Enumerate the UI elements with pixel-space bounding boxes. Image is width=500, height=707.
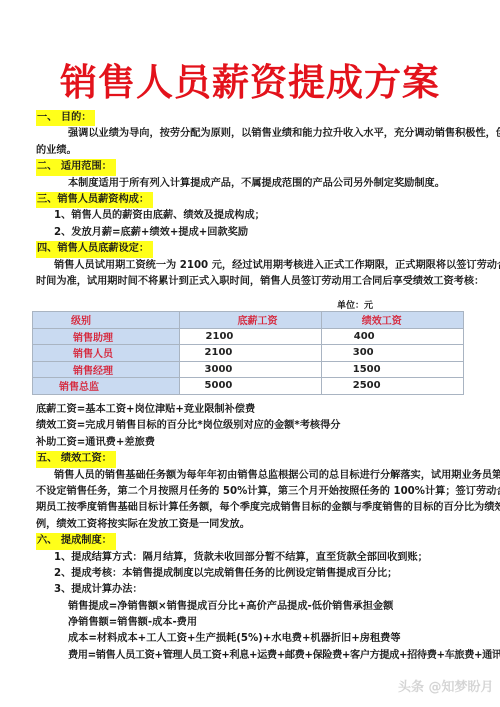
table-cell: 销售人员 (33, 345, 180, 362)
list-item: 3、提成计算办法： (36, 582, 476, 598)
section-heading: 五、 绩效工资： (36, 451, 116, 467)
paragraph: 强调以业绩为导向，按劳分配为原则，以销售业绩和能力拉升收入水平，充分调动销售积极… (36, 126, 476, 142)
paragraph: 销售人员的销售基础任务额为每年年初由销售总监根据公司的总目标进行分解落实，试用期… (36, 468, 476, 484)
column-header: 级别 (33, 312, 180, 329)
document-body-continued: 底薪工资=基本工资+岗位津贴+竞业限制补偿费 绩效工资=完成月销售目标的百分比*… (36, 402, 476, 664)
column-header: 绩效工资 (321, 312, 463, 329)
table-cell: 2100 (179, 328, 321, 345)
paragraph: 例，绩效工资将按实际在发放工资是一同发放。 (36, 517, 476, 533)
table-row: 销售助理 2100 400 (33, 328, 464, 345)
column-header: 底薪工资 (179, 312, 321, 329)
table-row: 销售人员 2100 300 (33, 345, 464, 362)
paragraph: 期员工按季度销售基础目标计算任务额，每个季度完成销售目标的金额与季度销售的目标的… (36, 500, 476, 516)
formula-line: 销售提成=净销售额×销售提成百分比+高价产品提成-低价销售承担金额 (36, 599, 476, 615)
watermark: 头条 @知梦盼月 (398, 676, 494, 695)
formula-line: 底薪工资=基本工资+岗位津贴+竞业限制补偿费 (36, 402, 476, 418)
paragraph: 时间为准，试用期时间不将累计到正式入职时间，销售人员签订劳动用工合同后享受绩效工… (36, 274, 476, 290)
table-cell: 销售总监 (33, 378, 180, 395)
document-title: 销售人员薪资提成方案 (0, 52, 500, 106)
salary-table: 级别 底薪工资 绩效工资 销售助理 2100 400 销售人员 2100 300… (32, 311, 464, 395)
unit-label: 单位：元 (337, 298, 373, 311)
section-heading: 二、 适用范围： (36, 159, 116, 175)
table-cell: 1500 (321, 361, 463, 378)
section-heading: 四、销售人员底薪设定： (36, 241, 153, 257)
formula-line: 费用=销售人员工资+管理人员工资+利息+运费+邮费+保险费+客户方提成+招待费+… (36, 648, 476, 664)
formula-line: 成本=材料成本+工人工资+生产损耗(5%)+水电费+机器折旧+房租费等 (36, 631, 476, 647)
table-cell: 销售助理 (33, 328, 180, 345)
section-heading: 一、 目的： (36, 110, 95, 126)
table-cell: 400 (321, 328, 463, 345)
table-cell: 2100 (179, 345, 321, 362)
table-cell: 5000 (179, 378, 321, 395)
formula-line: 绩效工资=完成月销售目标的百分比*岗位级别对应的金额*考核得分 (36, 418, 476, 434)
formula-line: 净销售额=销售额-成本-费用 (36, 615, 476, 631)
table-cell: 3000 (179, 361, 321, 378)
table-row: 销售经理 3000 1500 (33, 361, 464, 378)
list-item: 2、提成考核：本销售提成制度以完成销售任务的比例设定销售提成百分比； (36, 566, 476, 582)
section-heading: 三、销售人员薪资构成： (36, 192, 153, 208)
list-item: 1、销售人员的薪资由底薪、绩效及提成构成； (36, 208, 476, 224)
table-cell: 300 (321, 345, 463, 362)
table-cell: 2500 (321, 378, 463, 395)
paragraph: 销售人员试用期工资统一为 2100 元，经过试用期考核进入正式工作期限，正式期限… (36, 258, 476, 274)
section-heading: 六、 提成制度： (36, 533, 116, 549)
table-cell: 销售经理 (33, 361, 180, 378)
list-item: 1、提成结算方式：隔月结算，货款未收回部分暂不结算，直至货款全部回收到账； (36, 550, 476, 566)
table-header-row: 级别 底薪工资 绩效工资 (33, 312, 464, 329)
table-row: 销售总监 5000 2500 (33, 378, 464, 395)
list-item: 2、发放月薪=底薪+绩效+提成+回款奖励 (36, 225, 476, 241)
paragraph: 的业绩。 (36, 143, 476, 159)
document-body: 一、 目的： 强调以业绩为导向，按劳分配为原则，以销售业绩和能力拉升收入水平，充… (36, 110, 476, 290)
paragraph: 不设定销售任务，第二个月按照月任务的 50%计算，第三个月开始按照任务的 100… (36, 484, 476, 500)
paragraph: 本制度适用于所有列入计算提成产品，不属提成范围的产品公司另外制定奖励制度。 (36, 176, 476, 192)
formula-line: 补助工资=通讯费+差旅费 (36, 435, 476, 451)
